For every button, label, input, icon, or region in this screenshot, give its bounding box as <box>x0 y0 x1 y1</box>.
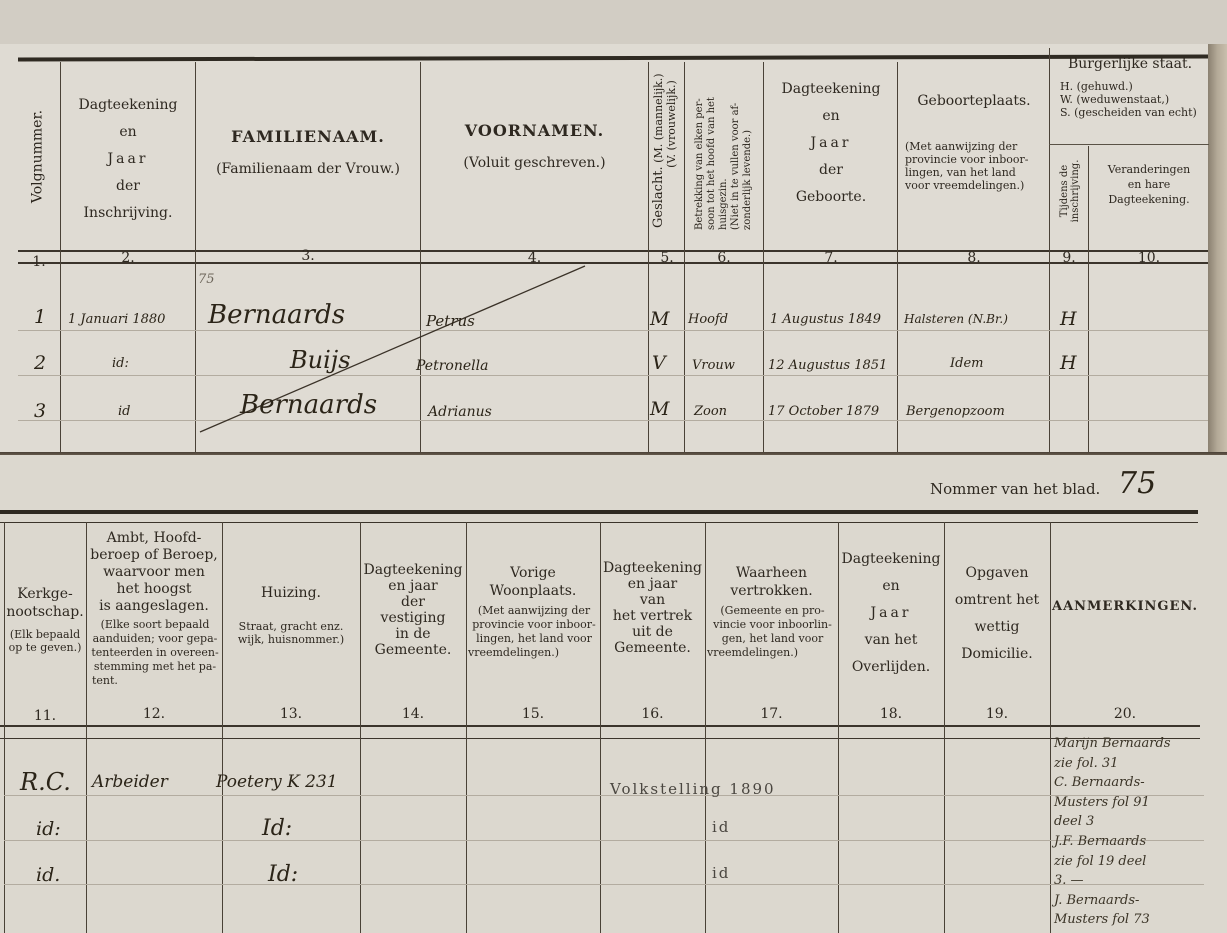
note-line: Marijn Bernaards <box>1054 734 1214 754</box>
header-line: Dagteekening <box>765 76 897 103</box>
cell-volgnummer: 3 <box>34 400 46 422</box>
col-divider <box>1050 522 1051 933</box>
header-line: vincie voor inboorlin- <box>707 618 838 632</box>
header-line: Overlijden. <box>838 654 944 681</box>
cell-waarheen: id <box>712 864 730 882</box>
cell-geboorteplaats: Bergenopzoom <box>906 404 1005 419</box>
col13-number: 13. <box>222 706 360 722</box>
row-rule <box>4 884 1204 885</box>
col18-number: 18. <box>838 706 944 722</box>
cell-betrekking: Vrouw <box>692 358 735 373</box>
cell-volgnummer: 2 <box>34 352 46 374</box>
header-line: nootschap. <box>4 603 86 621</box>
col10-number: 10. <box>1090 250 1208 266</box>
header-line: en <box>62 119 194 146</box>
col19-title: Opgaven omtrent het wettig Domicilie. <box>944 560 1050 668</box>
header-line: en <box>765 103 897 130</box>
header-line: Inschrijving. <box>62 200 194 227</box>
note-line: J.F. Bernaards <box>1054 832 1214 852</box>
cell-huizing: Id: <box>262 816 292 841</box>
col5-number: 5. <box>650 250 684 266</box>
col18-title: Dagteekening en Jaar van het Overlijden. <box>838 546 944 681</box>
header-line: vreemdelingen.) <box>707 646 838 660</box>
header-line: Woonplaats. <box>466 582 600 600</box>
col-divider <box>648 62 649 452</box>
col4-subtitle: (Voluit geschreven.) <box>422 154 647 172</box>
cell-inschrijving: id: <box>112 356 129 371</box>
cell-voornamen: Petronella <box>416 358 488 374</box>
col14-number: 14. <box>360 706 466 722</box>
header-line: Dagteekening <box>360 562 466 578</box>
header-line: provincie voor inboor- <box>468 618 600 632</box>
col16-number: 16. <box>600 706 705 722</box>
header-line: en <box>838 573 944 600</box>
previous-page-edge <box>0 0 1227 44</box>
note-line: zie fol 19 deel <box>1054 852 1214 872</box>
register-bottom-half <box>0 455 1227 933</box>
sheet-number: 75 <box>1118 466 1156 501</box>
header-line: der <box>765 157 897 184</box>
col2-header: Dagteekening en Jaar der Inschrijving. <box>62 92 194 227</box>
header-line: vertrokken. <box>705 582 838 600</box>
header-top-rule-2 <box>0 522 1198 523</box>
header-line: beroep of Beroep, <box>86 547 222 564</box>
header-line: Dagteekening <box>62 92 194 119</box>
col9-number: 9. <box>1051 250 1087 266</box>
col16-title: Dagteekening en jaar van het vertrek uit… <box>600 560 705 656</box>
col9-header: Tijdens de inschrijving. <box>1059 141 1081 241</box>
cell-familienaam: Bernaards <box>208 300 345 330</box>
cell-geslacht: V <box>652 352 666 374</box>
col5-header: Geslacht. (M. (mannelijk.) (V. (vrouweli… <box>652 78 678 228</box>
col7-header: Dagteekening en Jaar der Geboorte. <box>765 76 897 211</box>
row-rule <box>4 795 1204 796</box>
header-line: inschrijving. <box>1070 141 1081 241</box>
col19-number: 19. <box>944 706 1050 722</box>
header-line: Kerkge- <box>4 585 86 603</box>
col4-title: VOORNAMEN. <box>422 122 647 140</box>
header-line: en jaar <box>360 578 466 594</box>
header-line: in de <box>360 626 466 642</box>
note-line: 3. — <box>1054 871 1214 891</box>
header-line: Dagteekening. <box>1090 192 1208 207</box>
legend-s: S. (gescheiden van echt) <box>1060 106 1210 119</box>
note-line: deel 3 <box>1054 812 1214 832</box>
cell-voornamen: Petrus <box>426 312 475 330</box>
header-line: tent. <box>88 674 222 688</box>
header-line: Jaar <box>765 130 897 157</box>
col15-sub: (Met aanwijzing der provincie voor inboo… <box>468 604 600 660</box>
cell-burgerlijke-staat: H <box>1060 352 1077 374</box>
legend-h: H. (gehuwd.) <box>1060 80 1210 93</box>
header-line: provincie voor inboor- <box>905 153 1045 166</box>
cell-inschrijving: id <box>118 404 130 419</box>
cell-geslacht: M <box>650 398 669 420</box>
header-line: wijk, huisnommer.) <box>222 633 360 646</box>
col15-title: Vorige Woonplaats. <box>466 564 600 600</box>
col2-number: 2. <box>62 250 194 266</box>
header-line: van <box>600 592 705 608</box>
header-line: Vorige <box>466 564 600 582</box>
col20-title: AANMERKINGEN. <box>1050 598 1200 616</box>
header-line: Jaar <box>838 600 944 627</box>
col-divider <box>897 62 898 452</box>
col11-number: 11. <box>4 708 86 724</box>
cell-inschrijving: 1 Januari 1880 <box>68 312 165 327</box>
col-divider <box>4 522 5 933</box>
note-line: Musters fol 91 <box>1054 793 1214 813</box>
header-line: der <box>360 594 466 610</box>
burgerlijke-staat-legend: H. (gehuwd.) W. (weduwenstaat,) S. (gesc… <box>1060 80 1210 119</box>
header-line: der <box>62 173 194 200</box>
col1-header: Volgnummer. <box>32 107 45 207</box>
cell-burgerlijke-staat: H <box>1060 308 1077 330</box>
burgerlijke-staat-title: Burgerlijke staat. <box>1051 55 1209 73</box>
header-line: Geboorte. <box>765 184 897 211</box>
cell-voornamen: Adrianus <box>428 404 492 420</box>
cell-volgnummer: 1 <box>34 306 46 328</box>
header-line: tenteerden in overeen- <box>88 646 222 660</box>
header-line: Gemeente. <box>600 640 705 656</box>
col-divider <box>1088 146 1089 452</box>
col11-sub: (Elk bepaald op te geven.) <box>4 628 86 654</box>
header-line: (Elk bepaald <box>4 628 86 641</box>
col6-number: 6. <box>686 250 762 266</box>
header-line: van het <box>838 627 944 654</box>
geslacht-m: (M. (mannelijk.) <box>652 73 665 162</box>
header-line: Straat, gracht enz. <box>222 620 360 633</box>
col-divider <box>1049 48 1050 452</box>
col3-subtitle: (Familienaam der Vrouw.) <box>197 160 419 178</box>
col-divider <box>763 62 764 452</box>
header-line: omtrent het <box>944 587 1050 614</box>
header-line: wettig <box>944 614 1050 641</box>
cell-kerkgenootschap: R.C. <box>20 768 71 796</box>
cell-betrekking: Hoofd <box>688 312 728 327</box>
col3-title: FAMILIENAAM. <box>197 128 419 146</box>
cell-geboorte: 12 Augustus 1851 <box>768 358 887 373</box>
header-line: (Elke soort bepaald <box>88 618 222 632</box>
col-divider <box>60 62 61 452</box>
col12-sub: (Elke soort bepaald aanduiden; voor gepa… <box>88 618 222 688</box>
header-line: vestiging <box>360 610 466 626</box>
header-line: voor vreemdelingen.) <box>905 179 1045 192</box>
header-line: Tijdens de <box>1059 141 1070 241</box>
header-line: Jaar <box>62 146 194 173</box>
cell-familienaam: Bernaards <box>240 390 377 420</box>
cell-kerkgenootschap: id: <box>36 818 61 840</box>
header-line: huisgezin. <box>718 70 730 230</box>
cell-geboorteplaats: Halsteren (N.Br.) <box>904 312 1008 326</box>
col13-title: Huizing. <box>222 584 360 602</box>
header-line: soon tot het hoofd van het <box>706 70 718 230</box>
col8-subtitle: (Met aanwijzing der provincie voor inboo… <box>905 140 1045 192</box>
cell-kerkgenootschap: id. <box>36 864 60 886</box>
header-line: Domicilie. <box>944 641 1050 668</box>
col17-title: Waarheen vertrokken. <box>705 564 838 600</box>
header-line: (Met aanwijzing der <box>905 140 1045 153</box>
col12-title: Ambt, Hoofd- beroep of Beroep, waarvoor … <box>86 530 222 615</box>
cell-geslacht: M <box>650 308 669 330</box>
header-line: het hoogst <box>86 581 222 598</box>
cell-geboorteplaats: Idem <box>950 356 983 371</box>
header-line: stemming met het pa- <box>88 660 222 674</box>
col17-sub: (Gemeente en pro- vincie voor inboorlin-… <box>707 604 838 660</box>
header-line: en jaar <box>600 576 705 592</box>
header-line: Veranderingen <box>1090 162 1208 177</box>
col10-header: Veranderingen en hare Dagteekening. <box>1090 162 1208 207</box>
col8-number: 8. <box>899 250 1049 266</box>
header-line: Dagteekening <box>600 560 705 576</box>
header-line: lingen, van het land <box>905 166 1045 179</box>
header-top-rule <box>0 510 1198 514</box>
header-line: het vertrek <box>600 608 705 624</box>
header-line: Opgaven <box>944 560 1050 587</box>
col13-sub: Straat, gracht enz. wijk, huisnommer.) <box>222 620 360 646</box>
header-line: (Gemeente en pro- <box>707 604 838 618</box>
geslacht-label: Geslacht. <box>651 166 666 228</box>
col15-number: 15. <box>466 706 600 722</box>
sheet-number-label: Nommer van het blad. <box>930 480 1120 498</box>
row-rule <box>4 840 1204 841</box>
note-line: J. Bernaards- <box>1054 891 1214 911</box>
cell-huizing: Poetery K 231 <box>216 772 338 792</box>
header-line: (Niet in te vullen voor af- <box>730 70 742 230</box>
cell-vertrek: Volkstelling 1890 <box>610 780 776 798</box>
note-line: C. Bernaards- <box>1054 773 1214 793</box>
col7-number: 7. <box>765 250 897 266</box>
header-line: op te geven.) <box>4 641 86 654</box>
header-line: waarvoor men <box>86 564 222 581</box>
header-line: Ambt, Hoofd- <box>86 530 222 547</box>
col11-title: Kerkge- nootschap. <box>4 585 86 621</box>
note-line: zie fol. 31 <box>1054 754 1214 774</box>
header-line: uit de <box>600 624 705 640</box>
aanmerkingen-notes: Marijn Bernaards zie fol. 31 C. Bernaard… <box>1054 734 1214 930</box>
cell-geboorte: 17 October 1879 <box>768 404 879 419</box>
cell-waarheen: id <box>712 818 730 836</box>
col8-title: Geboorteplaats. <box>899 92 1049 110</box>
cell-betrekking: Zoon <box>694 404 727 419</box>
header-line: en hare <box>1090 177 1208 192</box>
col6-header: Betrekking van elken per- soon tot het h… <box>694 70 754 230</box>
book-spine-edge <box>1208 44 1227 454</box>
header-line: aanduiden; voor gepa- <box>88 632 222 646</box>
legend-w: W. (weduwenstaat,) <box>1060 93 1210 106</box>
cell-geboorte: 1 Augustus 1849 <box>770 312 881 327</box>
col12-number: 12. <box>86 706 222 722</box>
header-line: vreemdelingen.) <box>468 646 600 660</box>
header-line: Gemeente. <box>360 642 466 658</box>
header-line: zonderlijk levende.) <box>742 70 754 230</box>
geslacht-v: (V. (vrouwelijk.) <box>665 80 678 226</box>
cell-familienaam: Buijs <box>290 346 351 374</box>
col20-number: 20. <box>1050 706 1200 722</box>
cell-beroep: Arbeider <box>92 772 168 792</box>
col1-number: 1. <box>22 254 56 270</box>
col-divider <box>684 62 685 452</box>
header-line: Dagteekening <box>838 546 944 573</box>
header-line: is aangeslagen. <box>86 598 222 615</box>
col17-number: 17. <box>705 706 838 722</box>
header-line: gen, het land voor <box>707 632 838 646</box>
note-line: Musters fol 73 <box>1054 910 1214 930</box>
header-line: (Met aanwijzing der <box>468 604 600 618</box>
cell-huizing: Id: <box>268 862 298 887</box>
header-line: Betrekking van elken per- <box>694 70 706 230</box>
col14-title: Dagteekening en jaar der vestiging in de… <box>360 562 466 658</box>
header-line: lingen, het land voor <box>468 632 600 646</box>
header-line: Waarheen <box>705 564 838 582</box>
